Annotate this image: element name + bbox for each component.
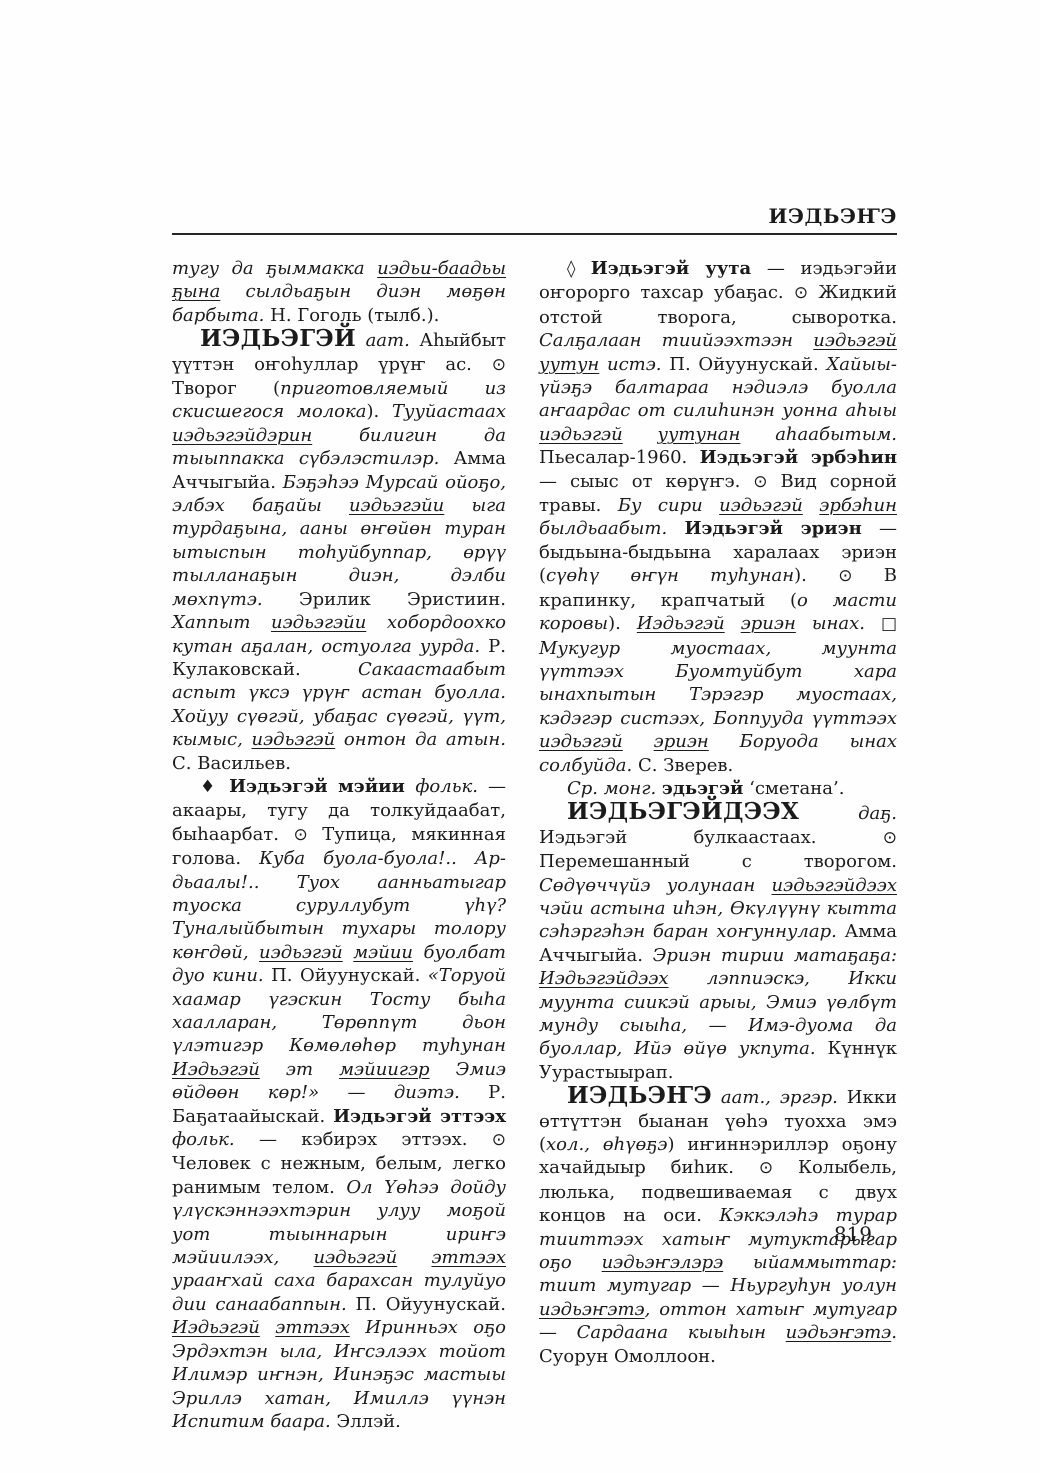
text-segment: эриэн — [741, 613, 796, 634]
phraseme-marker-icon: ◊ — [567, 259, 591, 279]
text-segment: Тууйастаах — [392, 401, 506, 422]
text-segment: Иэдьэгэй эриэн — [684, 518, 861, 539]
text-segment: ҕына — [172, 281, 220, 302]
text-segment: эттээх — [275, 1317, 350, 1338]
text-segment: П. Ойуунускай. — [264, 965, 428, 986]
text-segment: Иэдьэгэй — [172, 1317, 260, 1338]
text-segment: иэдьэгэй — [259, 942, 343, 963]
text-segment: Иэдьэгэй эттээх — [333, 1106, 506, 1127]
dictionary-paragraph: тугу да ҕыммакка иэдьи-баадьы ҕына сылдь… — [172, 257, 506, 327]
text-segment: даҕ. — [799, 803, 897, 824]
text-segment: эт — [260, 1059, 339, 1080]
text-segment: иэдьэгэй — [539, 731, 623, 752]
text-segment: мэйии — [353, 942, 413, 963]
text-segment: Иэдьэгэй уута — [591, 258, 752, 279]
text-segment: П. Ойуунускай. — [662, 354, 827, 375]
page-number: 819 — [834, 1222, 872, 1246]
text-segment: эттээх — [431, 1247, 506, 1268]
text-segment: иэдьэгэйдэрин — [172, 425, 312, 446]
text-segment — [667, 518, 684, 539]
text-segment: иэдьэгэйдээх — [772, 875, 897, 896]
text-segment: Эрилик Эристиин. — [263, 589, 506, 610]
text-segment: Ср. монг. — [567, 778, 662, 799]
text-segment: Мукугур муостаах, муунта үүттээх Буомтуй… — [539, 638, 897, 729]
text-segment: Сөдүөччүйэ уолунаан — [539, 875, 772, 896]
text-segment: Иэдьэгэй — [172, 1059, 260, 1080]
text-segment: иэдьэҥэлэрэ — [602, 1252, 724, 1273]
text-segment: Иэдьэгэй булкаастаах. — [539, 827, 883, 848]
text-segment: иэдьи-баадьы — [377, 258, 506, 279]
text-segment: С. Васильев. — [172, 753, 291, 774]
translation-marker-icon: ⊙ — [293, 825, 307, 845]
text-segment: Перемешанный с творогом. — [539, 851, 897, 872]
text-segment — [725, 613, 741, 634]
text-segment: иэдьэҥэтэ — [539, 1299, 645, 1320]
text-segment: эриэн — [654, 731, 709, 752]
text-segment: хол., өһүөҕэ — [546, 1134, 667, 1155]
text-segment: ). — [608, 613, 637, 634]
text-segment: эрбэһин — [819, 495, 897, 516]
text-segment — [803, 495, 819, 516]
text-segment: фольк. — [172, 1129, 235, 1150]
text-segment: уутунан — [658, 424, 741, 445]
translation-marker-icon: ⊙ — [838, 566, 852, 586]
translation-marker-icon: ⊙ — [753, 472, 767, 492]
text-segment: Творог ( — [172, 378, 280, 399]
text-segment: иэдьэҥэтэ — [786, 1322, 892, 1343]
text-segment: Суорун Омоллоон. — [539, 1346, 716, 1367]
text-segment — [623, 731, 654, 752]
text-segment: ИЭДЬЭҤЭ — [567, 1082, 712, 1109]
text-segment: иэдьэгэй — [539, 424, 623, 445]
dictionary-paragraph: Ср. монг. эдьэгэй ‘сметана’. — [539, 777, 897, 800]
translation-marker-icon: ⊙ — [492, 355, 506, 375]
text-segment: Эллэй. — [331, 1411, 401, 1432]
translation-marker-icon: ⊙ — [759, 1158, 773, 1178]
verse-marker-icon: □ — [881, 614, 897, 634]
text-segment: иэдьэгэй — [813, 330, 897, 351]
text-segment: Пьесалар-1960. — [539, 447, 700, 468]
text-segment: ИЭДЬЭГЭЙДЭЭХ — [567, 798, 799, 825]
page-header: ИЭДЬЭҤЭ — [172, 204, 897, 235]
text-segment: иэдьэгэйи — [271, 612, 366, 633]
text-segment: Иэдьэгэй — [637, 613, 725, 634]
text-columns: тугу да ҕыммакка иэдьи-баадьы ҕына сылдь… — [172, 257, 897, 1433]
text-segment: — кэбирэх эттээх. — [235, 1129, 492, 1150]
text-segment: ИЭДЬЭГЭЙ — [200, 325, 356, 352]
running-head: ИЭДЬЭҤЭ — [769, 204, 897, 228]
text-segment: иэдьэгэй — [719, 495, 803, 516]
translation-marker-icon: ⊙ — [883, 828, 897, 848]
text-segment: иэдьэгэй — [314, 1247, 398, 1268]
text-segment — [343, 942, 353, 963]
text-segment: Эриэн тирии матаҕаҕа: — [653, 945, 897, 966]
translation-marker-icon: ⊙ — [492, 1130, 506, 1150]
dictionary-paragraph: ◊ Иэдьэгэй уута — иэдьэгэйи оҥорорго тах… — [539, 257, 897, 777]
text-segment: Н. Гоголь (тылб.). — [264, 305, 439, 326]
text-segment: иэдьэгэй — [252, 729, 336, 750]
text-segment: Иэдьэгэйдээх — [539, 968, 669, 989]
text-segment: фольк. — [415, 776, 478, 797]
text-segment — [623, 424, 658, 445]
text-segment — [260, 1317, 275, 1338]
text-segment: истэ. — [599, 354, 661, 375]
text-segment: . — [891, 1322, 897, 1343]
dictionary-paragraph: ИЭДЬЭГЭЙДЭЭХ даҕ. Иэдьэгэй булкаастаах. … — [539, 800, 897, 1084]
text-segment: ). — [366, 401, 392, 422]
text-segment: С. Зверев. — [632, 755, 733, 776]
dictionary-page: ИЭДЬЭҤЭ тугу да ҕыммакка иэдьи-баадьы ҕы… — [172, 204, 897, 1433]
text-segment: эдьэгэй — [662, 778, 743, 799]
text-segment: аат., эргэр. — [712, 1087, 838, 1108]
text-segment: сүөһү өҥүн туһунан — [546, 565, 794, 586]
idiom-marker-icon: ♦ — [200, 777, 229, 797]
translation-marker-icon: ⊙ — [794, 283, 808, 303]
text-segment: уутун — [539, 354, 599, 375]
text-segment: тугу да ҕыммакка — [172, 258, 377, 279]
text-segment: аат. — [356, 330, 410, 351]
text-segment: онтон да атын. — [335, 729, 506, 750]
text-segment: Салҕалаан тиийээхтээн — [539, 330, 813, 351]
right-column: ◊ Иэдьэгэй уута — иэдьэгэйи оҥорорго тах… — [539, 257, 897, 1433]
text-segment: Иэдьэгэй эрбэһин — [700, 447, 897, 468]
text-segment: — сыыс от көрүҥэ. — [539, 471, 753, 492]
text-segment: аһаабытым. — [740, 424, 897, 445]
dictionary-paragraph: ИЭДЬЭГЭЙ аат. Аһыйбыт үүттэн оҥоһуллар ү… — [172, 327, 506, 775]
dictionary-paragraph: ♦ Иэдьэгэй мэйии фольк. — акаары, тугу д… — [172, 775, 506, 1433]
text-segment: Бу сири — [618, 495, 719, 516]
text-segment: Хаппыт — [172, 612, 271, 633]
text-segment: ынах. — [796, 613, 881, 634]
text-segment: иэдьэгэйи — [349, 495, 444, 516]
text-segment: мэйиигэр — [339, 1059, 429, 1080]
text-segment: былдьаабыт. — [539, 518, 667, 539]
text-segment — [397, 1247, 431, 1268]
text-segment: П. Ойуунускай. — [347, 1294, 506, 1315]
text-segment: ‘сметана’. — [743, 778, 844, 799]
text-segment: Иэдьэгэй мэйии — [229, 776, 415, 797]
left-column: тугу да ҕыммакка иэдьи-баадьы ҕына сылдь… — [172, 257, 506, 1433]
text-segment: ). — [794, 565, 838, 586]
